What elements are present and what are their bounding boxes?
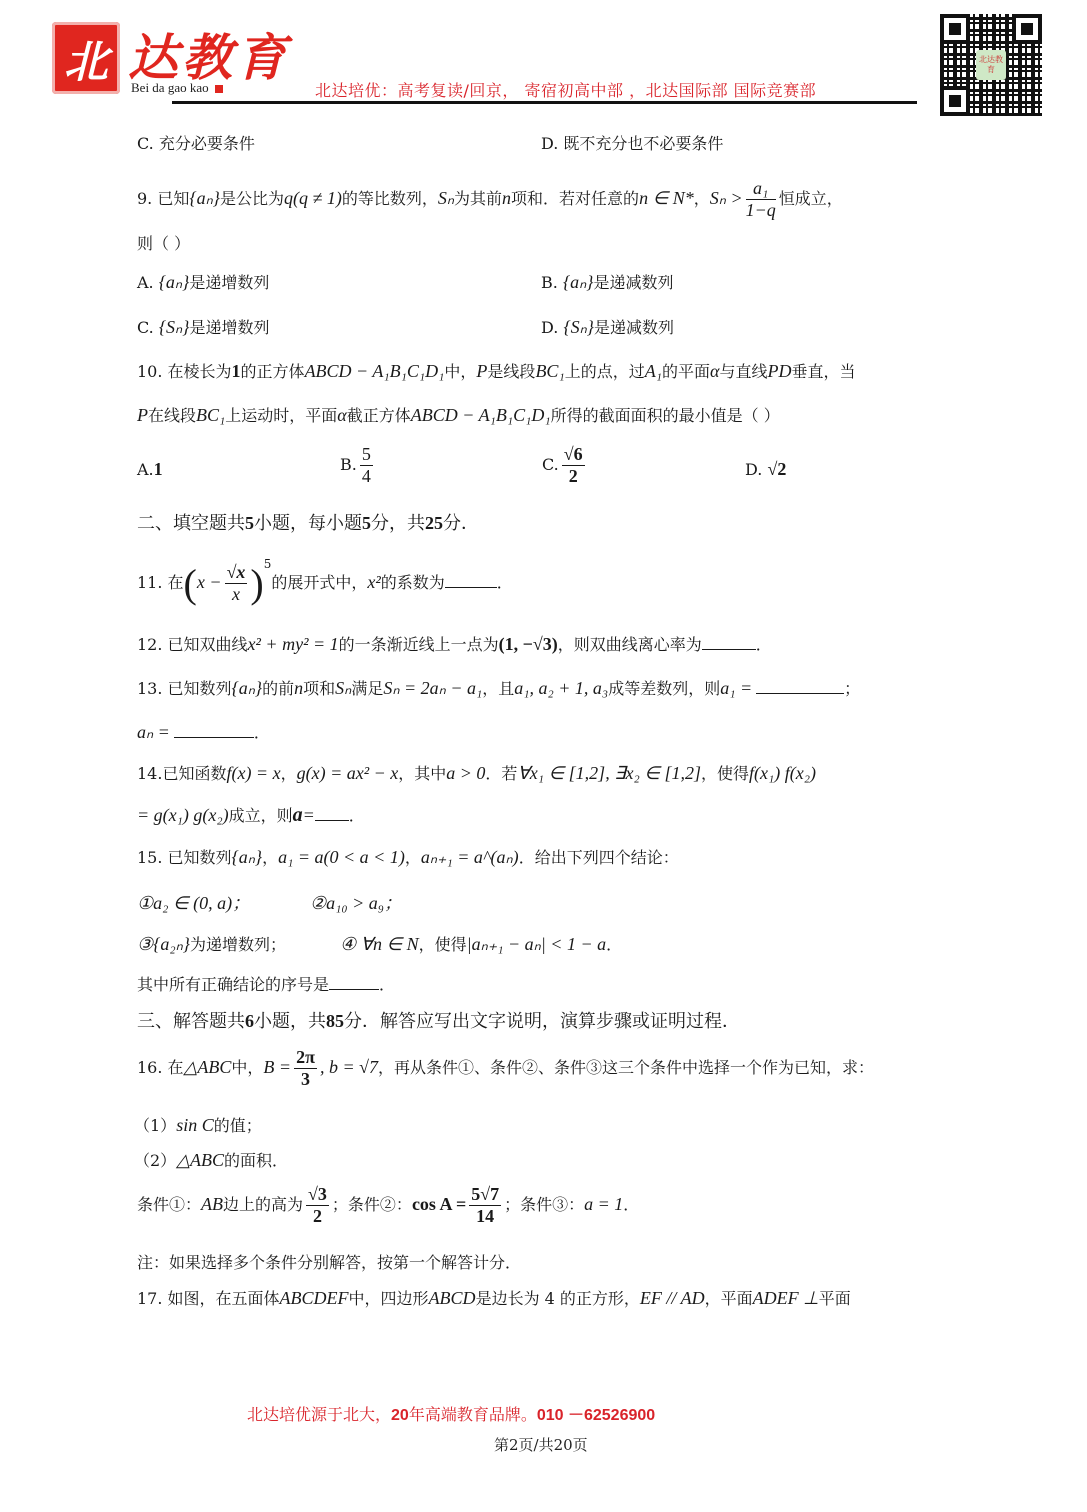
math: cos A =	[412, 1194, 466, 1214]
logo-mark: 北	[52, 22, 120, 94]
q15-ask: 其中所有正确结论的序号是．	[137, 972, 395, 995]
q13-line1: 13. 已知数列{aₙ}的前n项和Sₙ满足Sₙ = 2aₙ − a₁，且a₁, …	[137, 676, 860, 699]
text: 16. 在	[137, 1058, 184, 1077]
q17-stem: 17. 如图，在五面体ABCDEF中，四边形ABCD是边长为 4 的正方形，EF…	[137, 1286, 851, 1309]
text: 垂直，当	[791, 362, 855, 381]
math: {aₙ}	[232, 847, 263, 867]
text: ．	[756, 635, 772, 654]
math: sin C	[176, 1115, 214, 1135]
text: 与直线	[719, 362, 767, 381]
answer-blank[interactable]	[702, 635, 756, 650]
text: 中，	[231, 1058, 263, 1077]
qr-code-icon: 北达教育	[940, 14, 1042, 116]
text: 边上的高为	[223, 1195, 303, 1214]
math: BC₁	[535, 361, 564, 381]
math: 1	[232, 361, 241, 381]
math: aₙ₊₁ = a^(aₙ)	[421, 847, 519, 867]
math: P	[137, 405, 148, 425]
q15-conclusion-2: ②a₁₀ > a₉；	[310, 889, 402, 915]
text: ；条件②：	[332, 1195, 412, 1214]
math: n ∈ N*	[639, 188, 694, 208]
numerator: a₁	[746, 178, 776, 200]
text: ；	[844, 679, 860, 698]
denominator: 2	[562, 466, 585, 487]
option-label: B.	[541, 273, 558, 292]
text: 满足	[351, 679, 383, 698]
text: ，	[694, 189, 710, 208]
text: ．	[349, 806, 365, 825]
text: ，使得	[701, 764, 749, 783]
math: a₁ =	[720, 678, 752, 698]
math: BC₁	[196, 405, 225, 425]
text: 是边长为 4 的正方形，	[476, 1289, 640, 1308]
q12: 12. 已知双曲线x² + my² = 1的一条渐近线上一点为(1, −√3)，…	[137, 632, 772, 655]
denominator: 14	[469, 1206, 501, 1227]
math: {Sₙ}	[159, 317, 190, 337]
text: 年高端教育品牌。	[409, 1405, 537, 1424]
q10-option-a: A.1	[137, 459, 163, 480]
q9-option-b: B. {aₙ}是递减数列	[541, 270, 674, 293]
text: ．	[606, 935, 622, 954]
text: 截正方体	[347, 406, 411, 425]
math: Sₙ	[438, 188, 454, 208]
denominator: 4	[360, 466, 373, 487]
numerator: 5	[360, 444, 373, 466]
text: 的系数为	[381, 573, 445, 592]
text: ，且	[482, 679, 514, 698]
math: A₁	[645, 361, 662, 381]
text: 恒成立，	[779, 189, 843, 208]
math: (1, −√3)	[499, 634, 558, 654]
option-text: 是递增数列	[189, 318, 269, 337]
math: ∀x₁ ∈ [1,2], ∃x₂ ∈ [1,2]	[517, 763, 701, 783]
numerator: 2π	[294, 1047, 317, 1069]
text: 14.已知函数	[137, 764, 226, 783]
math: a = 1	[584, 1194, 623, 1214]
text: 的展开式中，	[271, 573, 367, 592]
q14-line2: = g(x₁) g(x₂)成立，则a=．	[137, 803, 365, 827]
q9-ask: 则（ ）	[137, 231, 190, 254]
text: 的正方体	[241, 362, 305, 381]
option-value: √2	[767, 459, 786, 479]
fraction: √xx	[225, 562, 248, 605]
qr-finder-icon	[940, 86, 970, 116]
q9-option-d: D. {Sₙ}是递减数列	[541, 315, 674, 338]
number: 25	[425, 513, 443, 533]
q10-stem-line1: 10. 在棱长为1的正方体ABCD − A₁B₁C₁D₁中，P是线段BC₁上的点…	[137, 359, 855, 382]
q16-stem: 16. 在△ABC中，B =2π3, b = √7，再从条件①、条件②、条件③这…	[137, 1047, 874, 1090]
logo-subtitle: Bei da gao kao	[131, 80, 223, 96]
option-text: 是递减数列	[594, 273, 674, 292]
math: a₁, a₂ + 1, a₃	[514, 678, 608, 698]
text: 小题，共	[254, 1011, 326, 1032]
text: 的值；	[214, 1116, 262, 1135]
text: ．	[623, 1195, 639, 1214]
q9-option-a: A. {aₙ}是递增数列	[137, 270, 269, 293]
text: 成等差数列，则	[608, 679, 720, 698]
math: a > 0	[446, 763, 485, 783]
q8-option-d: D. 既不充分也不必要条件	[541, 131, 723, 154]
text: ，	[281, 764, 297, 783]
text: （1）	[134, 1116, 176, 1135]
logo-subtitle-text: Bei da gao kao	[131, 80, 209, 95]
math: f(x) = x	[226, 763, 280, 783]
math: x² + my² = 1	[248, 634, 339, 654]
numerator: √3	[306, 1184, 329, 1206]
option-label: A.	[137, 460, 154, 479]
q15-stem: 15. 已知数列{aₙ}，a₁ = a(0 < a < 1)，aₙ₊₁ = a^…	[137, 845, 679, 868]
text: ，	[262, 848, 278, 867]
number: 6	[245, 1011, 254, 1031]
option-text: 是递减数列	[594, 318, 674, 337]
text: ，则双曲线离心率为	[558, 635, 702, 654]
text: 11. 在	[137, 573, 184, 592]
text: 平面	[819, 1289, 851, 1308]
option-value: 1	[154, 459, 163, 479]
q10-option-b: B.54	[340, 444, 376, 487]
math: {aₙ}	[232, 678, 263, 698]
page-number: 第2页/共20页	[494, 1434, 588, 1455]
text: 12. 已知双曲线	[137, 635, 248, 654]
numerator: √6	[562, 444, 585, 466]
phone-number: 010 －62526900	[537, 1407, 655, 1424]
answer-blank[interactable]	[315, 806, 349, 821]
q16-part-1: （1）sin C的值；	[134, 1113, 262, 1136]
text: 13. 已知数列	[137, 679, 232, 698]
text: 所得的截面面积的最小值是（ ）	[551, 406, 780, 425]
math: ADEF ⊥	[753, 1288, 819, 1308]
denominator: x	[225, 584, 248, 605]
text: 在线段	[148, 406, 196, 425]
math: Sₙ >	[710, 188, 743, 208]
text: ．	[379, 975, 395, 994]
math: g(x) = ax² − x	[297, 763, 399, 783]
math: ④ ∀n ∈ N	[340, 934, 419, 954]
text: 已知	[157, 189, 189, 208]
fraction: 5√714	[469, 1184, 501, 1227]
exponent: 5	[264, 557, 272, 571]
math: {aₙ}	[189, 188, 220, 208]
q13-line2: aₙ =．	[137, 720, 270, 743]
text: ，使得	[419, 935, 467, 954]
text: 为其前	[454, 189, 502, 208]
text: 分．	[443, 513, 479, 534]
text: 上运动时，平面	[225, 406, 337, 425]
answer-blank-a1[interactable]	[756, 679, 844, 694]
math: △ABC	[176, 1150, 224, 1170]
answer-blank[interactable]	[329, 975, 379, 990]
math: ABCDEF	[280, 1288, 349, 1308]
math: n	[502, 188, 511, 208]
number: 5	[245, 513, 254, 533]
fraction: √62	[562, 444, 585, 487]
option-label: C.	[137, 318, 154, 337]
math: = g(x₁) g(x₂)	[137, 805, 229, 825]
text: ；条件③：	[504, 1195, 584, 1214]
q10-option-c: C.√62	[542, 444, 588, 487]
text: ．若	[485, 764, 517, 783]
math: |aₙ₊₁ − aₙ| < 1 − a	[467, 934, 606, 954]
header-slogan: 北达培优：高考复读/回京， 寄宿初高中部 ，北达国际部 国际竞赛部	[315, 78, 816, 101]
denominator: 1−q	[746, 200, 776, 221]
denominator: 3	[294, 1069, 317, 1090]
math: P	[476, 361, 487, 381]
fraction: 2π3	[294, 1047, 317, 1090]
text: 分．解答应写出文字说明，演算步骤或证明过程．	[344, 1011, 740, 1032]
math: ABCD	[429, 1288, 476, 1308]
text: ，平面	[705, 1289, 753, 1308]
math: x²	[367, 572, 380, 592]
numerator: √x	[225, 562, 248, 584]
math: q(q ≠ 1)	[284, 188, 342, 208]
text: 的一条渐近线上一点为	[339, 635, 499, 654]
text: 是公比为	[220, 189, 284, 208]
math: AB	[201, 1194, 223, 1214]
math: ①a₂ ∈ (0, a)；	[137, 893, 250, 913]
math: EF // AD	[640, 1288, 705, 1308]
q10-stem-line2: P在线段BC₁上运动时，平面α截正方体ABCD − A₁B₁C₁D₁所得的截面面…	[137, 403, 780, 426]
text: ，再从条件①、条件②、条件③这三个条件中选择一个作为已知，求：	[378, 1058, 874, 1077]
option-label: D.	[745, 460, 762, 479]
section-3-heading: 三、解答题共6小题，共85分．解答应写出文字说明，演算步骤或证明过程．	[137, 1007, 740, 1033]
logo-char: 北	[64, 26, 108, 90]
text: 项和．若对任意的	[511, 189, 639, 208]
text: ，其中	[398, 764, 446, 783]
math: ABCD − A₁B₁C₁D₁	[305, 361, 445, 381]
q15-conclusion-3: ③{a₂ₙ}为递增数列；	[137, 932, 286, 955]
fraction: a₁1−q	[746, 178, 776, 221]
option-label: C.	[542, 455, 559, 474]
q16-conditions: 条件①：AB边上的高为√32；条件②：cos A =5√714；条件③：a = …	[137, 1184, 639, 1227]
text: 三、解答题共	[137, 1011, 245, 1032]
math: PD	[767, 361, 791, 381]
text: ．	[254, 723, 270, 742]
text: （2）	[134, 1151, 176, 1170]
text: 分，共	[371, 513, 425, 534]
fraction: 54	[360, 444, 373, 487]
text: 10. 在棱长为	[137, 362, 232, 381]
text: 是线段	[487, 362, 535, 381]
math: ABCD − A₁B₁C₁D₁	[411, 405, 551, 425]
text: 北达培优源于北大，	[247, 1405, 391, 1424]
math: a	[293, 804, 303, 826]
text: 的等比数列，	[342, 189, 438, 208]
math: f(x₁) f(x₂)	[749, 763, 816, 783]
text: 17. 如图，在五面体	[137, 1289, 280, 1308]
text: 条件①：	[137, 1195, 201, 1214]
math: △ABC	[184, 1057, 232, 1077]
number: 5	[362, 513, 371, 533]
math: , b = √7	[320, 1057, 378, 1077]
text: 为递增数列；	[190, 935, 286, 954]
numerator: 5√7	[469, 1184, 501, 1206]
math: ③{a₂ₙ}	[137, 934, 190, 954]
fraction: √32	[306, 1184, 329, 1227]
math: {aₙ}	[563, 272, 594, 292]
text: 的平面	[662, 362, 710, 381]
math: a₁ = a(0 < a < 1)	[278, 847, 405, 867]
answer-blank[interactable]	[445, 573, 497, 588]
math: Sₙ = 2aₙ − a₁	[383, 678, 482, 698]
q14-line1: 14.已知函数f(x) = x，g(x) = ax² − x，其中a > 0．若…	[137, 761, 816, 784]
q11: 11. 在(x −√xx)5的展开式中，x²的系数为．	[137, 560, 513, 607]
math: ②a₁₀ > a₉；	[310, 893, 402, 913]
text: 中，	[444, 362, 476, 381]
text: ．	[497, 573, 513, 592]
q8-option-c: C. 充分必要条件	[137, 131, 255, 154]
paren-left: (	[184, 561, 197, 606]
text: ，	[405, 848, 421, 867]
header-divider	[172, 101, 917, 104]
math: {Sₙ}	[563, 317, 594, 337]
text: 的面积．	[224, 1151, 288, 1170]
math: α	[337, 405, 346, 425]
q9-option-c: C. {Sₙ}是递增数列	[137, 315, 269, 338]
q16-note: 注：如果选择多个条件分别解答，按第一个解答计分．	[137, 1250, 521, 1273]
text: 项和	[303, 679, 335, 698]
answer-blank-an[interactable]	[174, 723, 254, 738]
square-icon	[215, 85, 223, 93]
math: Sₙ	[335, 678, 351, 698]
denominator: 2	[306, 1206, 329, 1227]
math: B =	[263, 1057, 291, 1077]
text: 小题，每小题	[254, 513, 362, 534]
text: 上的点，过	[565, 362, 645, 381]
q10-option-d: D. √2	[745, 459, 786, 480]
text: 二、填空题共	[137, 513, 245, 534]
footer-promo: 北达培优源于北大，20年高端教育品牌。010 －62526900	[247, 1402, 655, 1425]
text: 成立，则	[229, 806, 293, 825]
option-label: B.	[340, 455, 357, 474]
qr-finder-icon	[1012, 14, 1042, 44]
option-text: 是递增数列	[189, 273, 269, 292]
math: {aₙ}	[159, 272, 190, 292]
option-label: A.	[137, 273, 154, 292]
text: 15. 已知数列	[137, 848, 232, 867]
text: 的前	[262, 679, 294, 698]
text: ．给出下列四个结论：	[519, 848, 679, 867]
math: =	[303, 805, 315, 825]
q16-part-2: （2）△ABC的面积．	[134, 1148, 288, 1171]
qr-finder-icon	[940, 14, 970, 44]
text: 中，四边形	[349, 1289, 429, 1308]
option-label: D.	[541, 318, 558, 337]
paren-right: )	[250, 561, 263, 606]
math: n	[294, 678, 303, 698]
qr-center-label: 北达教育	[976, 50, 1006, 80]
section-2-heading: 二、填空题共5小题，每小题5分，共25分．	[137, 509, 479, 535]
q15-conclusion-4: ④ ∀n ∈ N，使得|aₙ₊₁ − aₙ| < 1 − a．	[340, 932, 622, 955]
math: aₙ =	[137, 722, 170, 742]
math: x −	[197, 572, 222, 592]
years: 20	[391, 1407, 409, 1424]
q9-number: 9.	[137, 189, 152, 208]
number: 85	[326, 1011, 344, 1031]
q9-stem: 9. 已知{aₙ}是公比为q(q ≠ 1)的等比数列，Sₙ为其前n项和．若对任意…	[137, 178, 843, 221]
text: 其中所有正确结论的序号是	[137, 975, 329, 994]
q15-conclusion-1: ①a₂ ∈ (0, a)；	[137, 889, 250, 915]
